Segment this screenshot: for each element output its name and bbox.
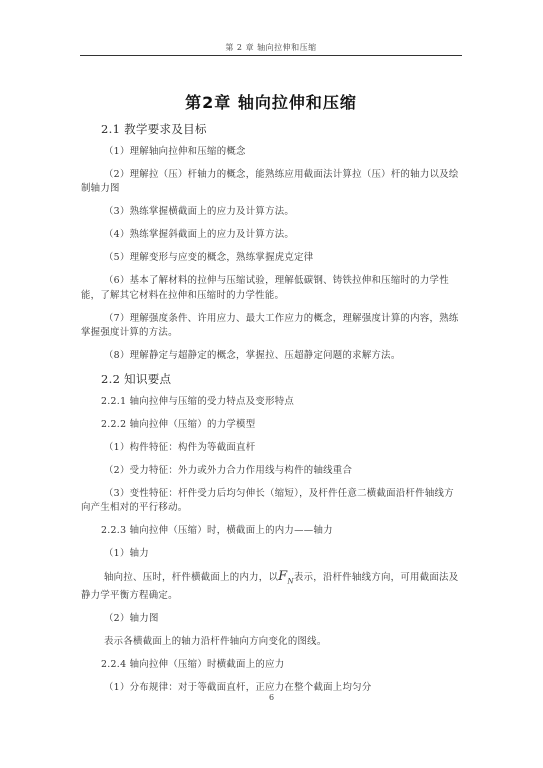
objective-7: （7）理解强度条件、许用应力、最大工作应力的概念，理解强度计算的内容，熟练掌握强… xyxy=(81,312,461,341)
running-header: 第 2 章 轴向拉伸和压缩 xyxy=(80,42,462,53)
axial-force-definition: 轴向拉、压时，杆件横截面上的内力，以FN表示，沿杆件轴线方向，可用截面法及静力学… xyxy=(81,570,461,604)
objective-5: （5）理解变形与应变的概念，熟练掌握虎克定律 xyxy=(81,251,461,266)
subsection-heading-2-2-3: 2.2.3 轴向拉伸（压缩）时，横截面上的内力——轴力 xyxy=(81,524,461,539)
objective-1: （1）理解轴向拉伸和压缩的概念 xyxy=(81,145,461,160)
axial-force-diagram-definition: 表示各横截面上的轴力沿杆件轴向方向变化的图线。 xyxy=(81,635,461,650)
objective-8: （8）理解静定与超静定的概念，掌握拉、压超静定问题的求解方法。 xyxy=(81,349,461,364)
chapter-title: 第2章 轴向拉伸和压缩 xyxy=(80,90,462,113)
axial-force-label: （1）轴力 xyxy=(81,547,461,562)
document-body: 2.1 教学要求及目标 （1）理解轴向拉伸和压缩的概念 （2）理解拉（压）杆轴力… xyxy=(81,122,461,704)
model-item-1: （1）构件特征：构件为等截面直杆 xyxy=(81,441,461,456)
objective-6: （6）基本了解材料的拉伸与压缩试验，理解低碳钢、铸铁拉伸和压缩时的力学性能，了解… xyxy=(81,274,461,303)
axial-force-diagram-label: （2）轴力图 xyxy=(81,612,461,627)
objective-4: （4）熟练掌握斜截面上的应力及计算方法。 xyxy=(81,228,461,243)
section-heading-2-1: 2.1 教学要求及目标 xyxy=(81,122,461,137)
formula-symbol-fn: FN xyxy=(278,569,294,584)
section-heading-2-2: 2.2 知识要点 xyxy=(81,372,461,387)
subsection-heading-2-2-4: 2.2.4 轴向拉伸（压缩）时横截面上的应力 xyxy=(81,658,461,673)
objective-2: （2）理解拉（压）杆轴力的概念，能熟练应用截面法计算拉（压）杆的轴力以及绘制轴力… xyxy=(81,168,461,197)
subsection-heading-2-2-2: 2.2.2 轴向拉伸（压缩）的力学模型 xyxy=(81,418,461,433)
header-rule xyxy=(80,55,462,56)
subsection-heading-2-2-1: 2.2.1 轴向拉伸与压缩的受力特点及变形特点 xyxy=(81,395,461,410)
objective-3: （3）熟练掌握横截面上的应力及计算方法。 xyxy=(81,205,461,220)
model-item-3: （3）变性特征：杆件受力后均匀伸长（缩短），及杆件任意二横截面沿杆件轴线方向产生… xyxy=(81,487,461,516)
formula-text-before: 轴向拉、压时，杆件横截面上的内力，以 xyxy=(104,572,278,583)
model-item-2: （2）受力特征：外力或外力合力作用线与构件的轴线重合 xyxy=(81,464,461,479)
page-number: 6 xyxy=(0,693,543,702)
